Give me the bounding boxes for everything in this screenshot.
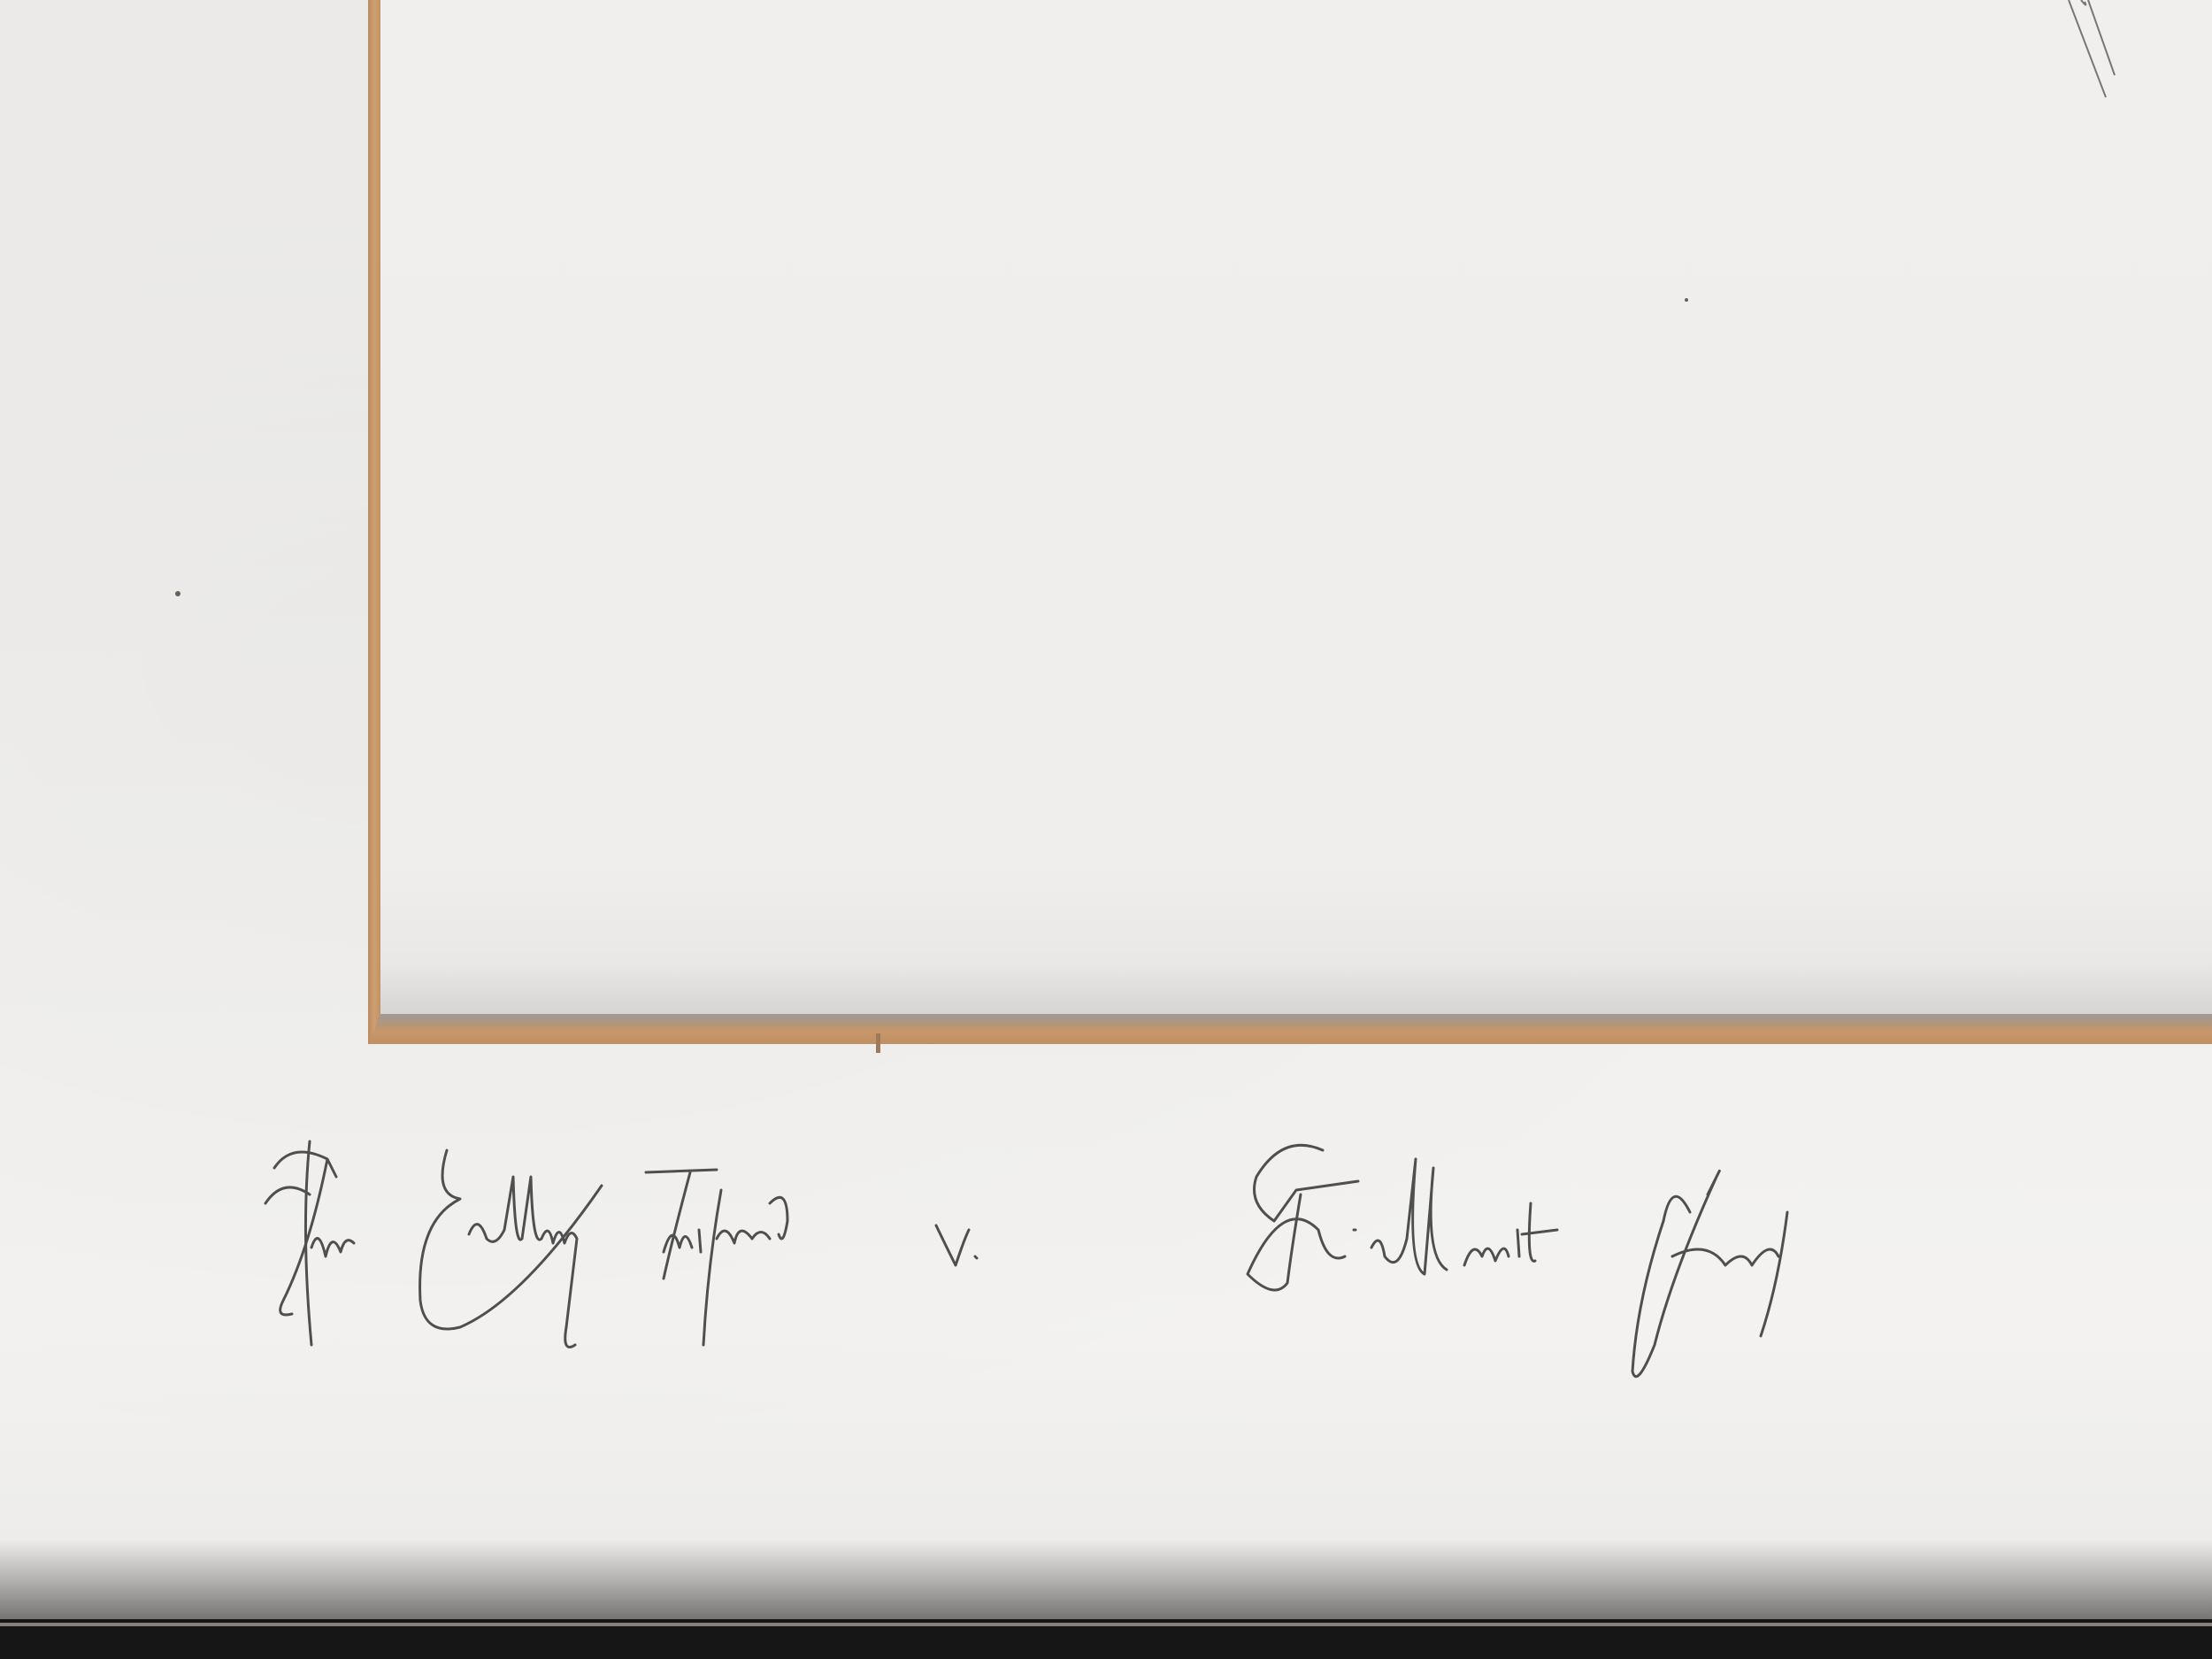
artwork-window <box>380 0 2212 1014</box>
paper-speck <box>1685 298 1688 302</box>
bevel-nick <box>876 1033 880 1053</box>
mat-bevel-left <box>368 0 380 1044</box>
frame-shadow <box>0 1540 2212 1619</box>
handwritten-inscription: Ihrer Excellenz Freifrau v. Riedl mit Gr… <box>257 1124 2212 1389</box>
paper-speck <box>175 591 180 596</box>
inscription-strokes <box>257 1124 2212 1389</box>
inscription-text: Ihrer Excellenz Freifrau v. Riedl mit Gr… <box>257 1124 257 1125</box>
frame-inner-edge <box>0 1623 2212 1626</box>
mat-bevel-bottom <box>368 1014 2212 1044</box>
sketch-line-fragment <box>2053 0 2150 115</box>
